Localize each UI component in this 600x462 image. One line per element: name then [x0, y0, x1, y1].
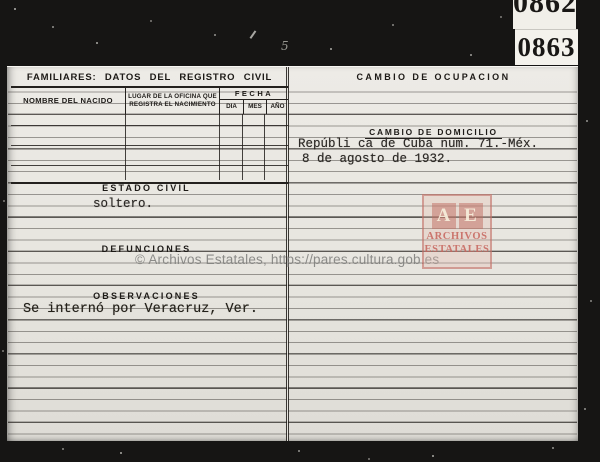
- frame-number-label: 0863: [515, 29, 578, 65]
- table-row: [11, 114, 288, 126]
- archivos-estatales-logo-watermark: A E ARCHIVOS ESTATALES: [422, 194, 492, 269]
- column-line: [264, 114, 265, 180]
- domicilio-line2: 8 de agosto de 1932.: [302, 152, 452, 166]
- frame-number-clipped: 0862: [513, 0, 576, 20]
- column-line: [125, 114, 126, 180]
- column-header-nombre: NOMBRE DEL NACIDO: [11, 88, 126, 114]
- domicilio-line1: Repúbli ca de Cuba num. 71.-Méx.: [298, 137, 538, 151]
- table-row: [11, 146, 288, 166]
- logo-letter-e: E: [459, 203, 483, 229]
- subcolumn-ano: AÑO: [267, 100, 288, 114]
- copyright-watermark: © Archivos Estatales, https://pares.cult…: [135, 252, 439, 267]
- scratch-mark: [250, 30, 256, 38]
- registro-civil-table: FAMILIARES: DATOS DEL REGISTRO CIVIL NOM…: [11, 69, 288, 184]
- table-title: FAMILIARES: DATOS DEL REGISTRO CIVIL: [11, 69, 288, 88]
- column-header-lugar-line1: LUGAR DE LA OFICINA QUE: [126, 93, 219, 101]
- registry-card: FAMILIARES: DATOS DEL REGISTRO CIVIL NOM…: [7, 66, 578, 441]
- dust-specks: [0, 0, 2, 2]
- column-header-fecha: FECHA: [220, 88, 288, 100]
- scanned-document-page: 5 0862 0863 FAMILIARES: DATOS DEL REGIST…: [0, 0, 600, 462]
- observaciones-heading: OBSERVACIONES: [7, 291, 286, 301]
- column-header-fecha-group: FECHA DIA MES AÑO: [220, 88, 288, 114]
- logo-text-archivos: ARCHIVOS: [424, 231, 490, 243]
- subcolumn-mes: MES: [244, 100, 267, 114]
- column-header-lugar: LUGAR DE LA OFICINA QUE REGISTRA EL NACI…: [126, 88, 220, 114]
- subcolumn-dia: DIA: [220, 100, 244, 114]
- handwritten-mark: 5: [281, 39, 289, 53]
- observaciones-value: Se internó por Veracruz, Ver.: [23, 302, 258, 317]
- cambio-ocupacion-heading: CAMBIO DE OCUPACION: [289, 72, 578, 82]
- table-header-row: NOMBRE DEL NACIDO LUGAR DE LA OFICINA QU…: [11, 88, 288, 114]
- table-empty-rows: [11, 114, 288, 180]
- logo-text-estatales: ESTATALES: [424, 244, 490, 256]
- fecha-subheader-row: DIA MES AÑO: [220, 100, 288, 114]
- column-line: [219, 114, 220, 180]
- logo-letter-a: A: [432, 203, 456, 229]
- frame-number: 0863: [518, 32, 576, 62]
- estado-civil-heading: ESTADO CIVIL: [7, 183, 286, 193]
- estado-civil-value: soltero.: [93, 197, 153, 211]
- column-header-lugar-line2: REGISTRA EL NACIMIENTO: [126, 101, 219, 109]
- frame-number-label-clipped: 0862: [513, 0, 576, 29]
- table-row: [11, 126, 288, 146]
- column-line: [242, 114, 243, 180]
- logo-letter-blocks: A E: [424, 203, 490, 229]
